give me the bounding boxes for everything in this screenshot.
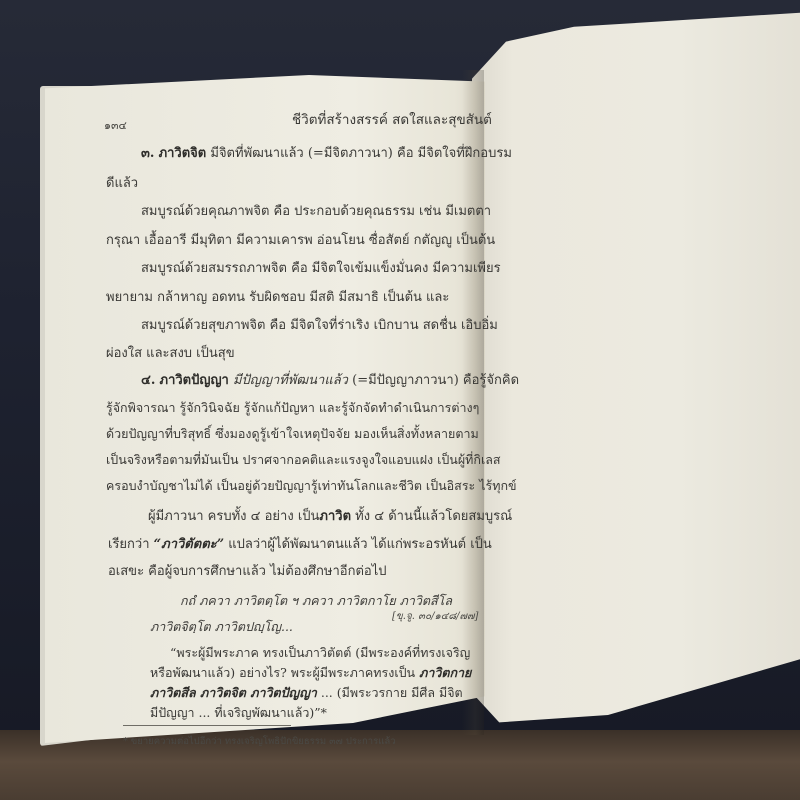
summary-line1-rest: ทั้ง ๔ ด้านนี้แล้วโดยสมบูรณ์ [351, 509, 512, 524]
item4-line5: ครอบงำบัญชาไม่ได้ เป็นอยู่ด้วยปัญญารู้เท… [106, 477, 517, 494]
footnote-rule [123, 725, 291, 726]
footnote-marker: * [123, 736, 128, 747]
thai-quote-line2: หรือพัฒนาแล้ว) อย่างไร? พระผู้มีพระภาคทร… [150, 664, 471, 681]
para-capability-line1: สมบูรณ์ด้วยสมรรถภาพจิต คือ มีจิตใจเข้มแข… [141, 260, 501, 277]
page-number: ๑๓๔ [104, 117, 127, 134]
thai-quote-line2-text: หรือพัฒนาแล้ว) อย่างไร? พระผู้มีพระภาคทร… [150, 665, 419, 680]
item3-term: ภาวิตจิต [159, 146, 207, 161]
item4-line1: ๔. ภาวิตปัญญา มีปัญญาที่พัฒนาแล้ว (=มีปั… [141, 372, 519, 389]
summary-line1-text: ผู้มีภาวนา ครบทั้ง ๔ อย่าง เป็น [148, 509, 319, 524]
item4-line3: ด้วยปัญญาที่บริสุทธิ์ ซึ่งมองดูรู้เข้าใจ… [106, 425, 479, 442]
wooden-table [0, 730, 800, 800]
summary-line1: ผู้มีภาวนา ครบทั้ง ๔ อย่าง เป็นภาวิต ทั้… [148, 508, 512, 525]
item4-term: ภาวิตปัญญา [160, 373, 229, 388]
para-health-line1: สมบูรณ์ด้วยสุขภาพจิต คือ มีจิตใจที่ร่าเร… [141, 317, 498, 334]
footnote-text: ขยายความต่อไปอีกว่า ทรงเจริญโพธิปักขิยธร… [131, 736, 396, 747]
summary-line2-rest: แปลว่าผู้ได้พัฒนาตนแล้ว ได้แก่พระอรหันต์… [224, 537, 492, 552]
pali-quote-line2: ภาวิตจิตฺโต ภาวิตปญฺโญ... [150, 618, 293, 635]
item3-number: ๓. [141, 146, 154, 161]
summary-line2-text: เรียกว่า [108, 537, 154, 552]
thai-quote-line3-rest: ... (มีพระวรกาย มีศีล มีจิต [317, 685, 463, 700]
para-quality-line2: กรุณา เอื้ออารี มีมุทิตา มีความเคารพ อ่อ… [106, 232, 495, 249]
para-capability-line2: พยายาม กล้าหาญ อดทน รับผิดชอบ มีสติ มีสม… [106, 289, 449, 306]
item4-definition: มีปัญญาที่พัฒนาแล้ว [233, 373, 348, 388]
item4-line2: รู้จักพิจารณา รู้จักวินิจฉัย รู้จักแก้ปั… [106, 399, 479, 416]
summary-term-bhavita: ภาวิต [319, 509, 351, 524]
item4-paren: (=มีปัญญาภาวนา) คือรู้จักคิด [352, 373, 519, 388]
para-quality-line1: สมบูรณ์ด้วยคุณภาพจิต คือ ประกอบด้วยคุณธร… [141, 203, 491, 220]
running-header: ชีวิตที่สร้างสรรค์ สดใสและสุขสันต์ [292, 112, 492, 129]
item3-continuation: ดีแล้ว [106, 175, 138, 192]
thai-quote-terms: ภาวิตสีล ภาวิตจิต ภาวิตปัญญา [150, 685, 317, 700]
summary-line3: อเสขะ คือผู้จบการศึกษาแล้ว ไม่ต้องศึกษาอ… [108, 563, 387, 580]
item4-number: ๔. [141, 373, 155, 388]
summary-term-bhavitatta: “ภาวิตัตตะ” [154, 537, 224, 552]
item3-definition: มีจิตที่พัฒนาแล้ว (=มีจิตภาวนา) คือ มีจิ… [210, 146, 512, 161]
thai-quote-line3: ภาวิตสีล ภาวิตจิต ภาวิตปัญญา ... (มีพระว… [150, 684, 463, 701]
thai-quote-line4: มีปัญญา ... ที่เจริญพัฒนาแล้ว)”* [150, 704, 327, 721]
item3-line1: ๓. ภาวิตจิต มีจิตที่พัฒนาแล้ว (=มีจิตภาว… [141, 145, 512, 162]
footnote: * ขยายความต่อไปอีกว่า ทรงเจริญโพธิปักขิย… [123, 733, 396, 750]
para-health-line2: ผ่องใส และสงบ เป็นสุข [106, 345, 235, 362]
item4-line4: เป็นจริงหรือตามที่มันเป็น ปราศจากอคติและ… [106, 451, 501, 468]
pali-citation: [ขุ.จู. ๓๐/๑๔๘/๗๗] [392, 608, 478, 625]
pali-quote-line1: กถํ ภควา ภาวิตตฺโต ฯ ภควา ภาวิตกาโย ภาวิ… [180, 592, 452, 609]
summary-line2: เรียกว่า “ภาวิตัตตะ” แปลว่าผู้ได้พัฒนาตน… [108, 536, 492, 553]
right-page-blank [472, 12, 800, 752]
thai-quote-line1: “พระผู้มีพระภาค ทรงเป็นภาวิตัตต์ (มีพระอ… [170, 644, 470, 661]
thai-quote-term-kaya: ภาวิตกาย [419, 665, 471, 680]
